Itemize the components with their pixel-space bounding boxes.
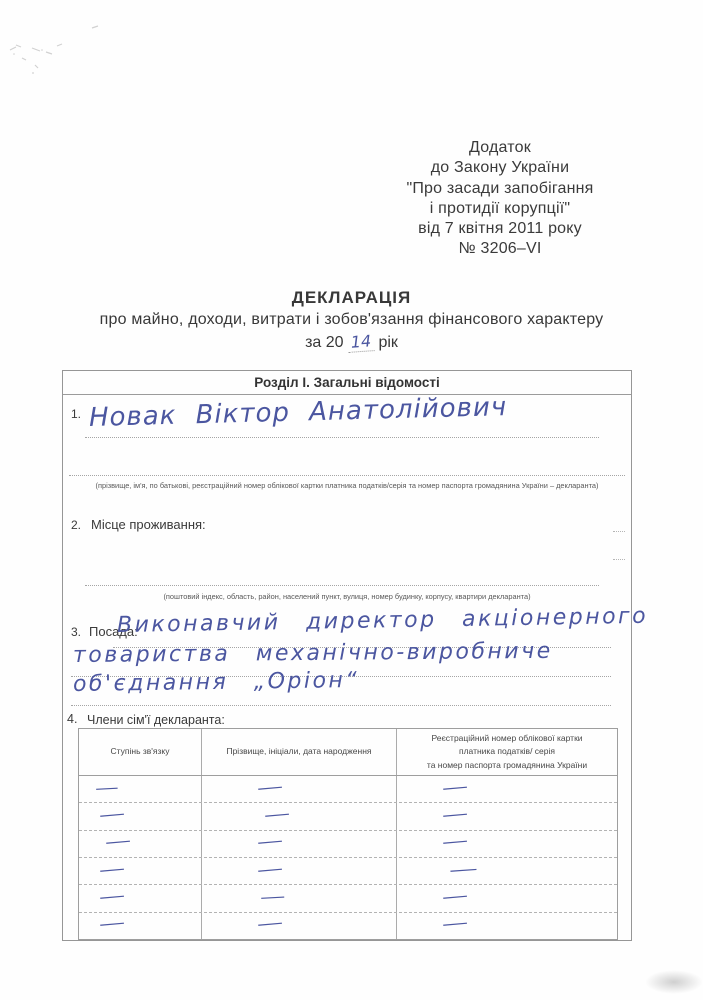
header-tax-id-line: платника податків/ серія — [427, 745, 587, 758]
dotted-line-fragment — [613, 559, 625, 560]
handwritten-dash: — — [448, 861, 478, 880]
handwritten-position-line-2: товариства механічно-виробниче — [73, 639, 553, 668]
law-reference-line: "Про засади запобігання — [340, 179, 660, 199]
handwritten-dash: — — [98, 860, 126, 879]
declarant-name-caption: (прізвище, ім'я, по батькові, реєстрацій… — [63, 481, 631, 490]
header-relation: Ступінь зв'язку — [79, 729, 202, 775]
cell-tax-id: — — [397, 913, 617, 939]
item-number-4: 4. — [67, 712, 77, 726]
title-block: ДЕКЛАРАЦІЯ про майно, доходи, витрати і … — [0, 288, 703, 352]
cell-name: — — [202, 776, 397, 802]
handwritten-dash: — — [441, 915, 469, 934]
cell-name: — — [202, 858, 397, 884]
scanned-declaration-page: Додаток до Закону України "Про засади за… — [0, 0, 703, 1000]
header-tax-id-line: та номер паспорта громадянина України — [427, 759, 587, 772]
family-members-label: Члени сім'ї декларанта: — [87, 713, 225, 727]
table-row: — — — — [79, 913, 617, 939]
handwritten-dash: — — [256, 915, 284, 934]
year-suffix: рік — [378, 334, 397, 351]
handwritten-dash: — — [98, 806, 126, 825]
residence-caption: (поштовий індекс, область, район, населе… — [63, 592, 631, 601]
handwritten-dash: — — [256, 833, 284, 852]
law-reference-line: і протидії корупції" — [340, 199, 660, 219]
cell-relation: — — [79, 803, 202, 829]
cell-relation: — — [79, 776, 202, 802]
dotted-fill-line — [85, 437, 599, 438]
cell-relation: — — [79, 913, 202, 939]
handwritten-dash: — — [98, 888, 126, 907]
header-tax-id: Реєстраційний номер облікової картки пла… — [397, 729, 617, 775]
table-row: — — — — [79, 858, 617, 885]
item-number-1: 1. — [71, 407, 81, 421]
law-reference-block: Додаток до Закону України "Про засади за… — [340, 138, 660, 260]
cell-tax-id: — — [397, 885, 617, 911]
cell-name: — — [202, 913, 397, 939]
law-reference-line: від 7 квітня 2011 року — [340, 219, 660, 239]
table-row: — — — — [79, 885, 617, 912]
cell-name: — — [202, 831, 397, 857]
handwritten-year: 14 — [347, 331, 374, 353]
header-name: Прізвище, ініціали, дата народження — [202, 729, 397, 775]
document-subtitle: про майно, доходи, витрати і зобов'язанн… — [0, 311, 703, 329]
handwritten-dash: — — [441, 778, 469, 797]
handwritten-dash: — — [98, 915, 126, 934]
table-header-row: Ступінь зв'язку Прізвище, ініціали, дата… — [79, 729, 617, 776]
cell-relation: — — [79, 858, 202, 884]
year-line: за 20 14 рік — [0, 332, 703, 352]
cell-relation: — — [79, 885, 202, 911]
table-row: — — — — [79, 776, 617, 803]
cell-name: — — [202, 885, 397, 911]
handwritten-dash: — — [441, 833, 469, 852]
handwritten-dash: — — [95, 779, 120, 797]
cell-tax-id: — — [397, 803, 617, 829]
handwritten-dash: — — [441, 888, 469, 907]
law-reference-line: до Закону України — [340, 158, 660, 178]
handwritten-dash: — — [256, 860, 284, 879]
cell-tax-id: — — [397, 831, 617, 857]
section-heading: Розділ I. Загальні відомості — [63, 371, 631, 395]
document-title: ДЕКЛАРАЦІЯ — [0, 288, 703, 308]
table-row: — — — — [79, 831, 617, 858]
cell-relation: — — [79, 831, 202, 857]
year-prefix: за 20 — [305, 334, 343, 351]
dotted-fill-line — [69, 475, 625, 476]
handwritten-dash: — — [260, 889, 286, 907]
handwritten-dash: — — [263, 806, 291, 825]
scan-smudge — [645, 970, 703, 994]
dotted-line-fragment — [613, 531, 625, 532]
cell-tax-id: — — [397, 858, 617, 884]
dotted-fill-line — [85, 585, 599, 586]
handwritten-dash: — — [104, 833, 132, 852]
law-reference-line: № 3206–VI — [340, 239, 660, 259]
scan-artifact-specks — [2, 20, 102, 90]
handwritten-dash: — — [256, 778, 284, 797]
handwritten-position-line-1: Виконавчий директор акціонерного — [117, 604, 649, 638]
table-row: — — — — [79, 803, 617, 830]
item-number-3: 3. — [71, 625, 81, 639]
residence-label: Місце проживання: — [91, 517, 206, 532]
dotted-fill-line — [71, 705, 611, 706]
cell-name: — — [202, 803, 397, 829]
item-number-2: 2. — [71, 518, 81, 532]
handwritten-position-line-3: об'єднання „Оріон“ — [73, 668, 360, 697]
family-members-table: Ступінь зв'язку Прізвище, ініціали, дата… — [78, 728, 618, 940]
handwritten-dash: — — [441, 806, 469, 825]
cell-tax-id: — — [397, 776, 617, 802]
section-1-form-box: Розділ I. Загальні відомості 1. Новак Ві… — [62, 370, 632, 941]
handwritten-declarant-name: Новак Віктор Анатолійович — [89, 392, 508, 433]
law-reference-line: Додаток — [340, 138, 660, 158]
header-tax-id-line: Реєстраційний номер облікової картки — [427, 732, 587, 745]
